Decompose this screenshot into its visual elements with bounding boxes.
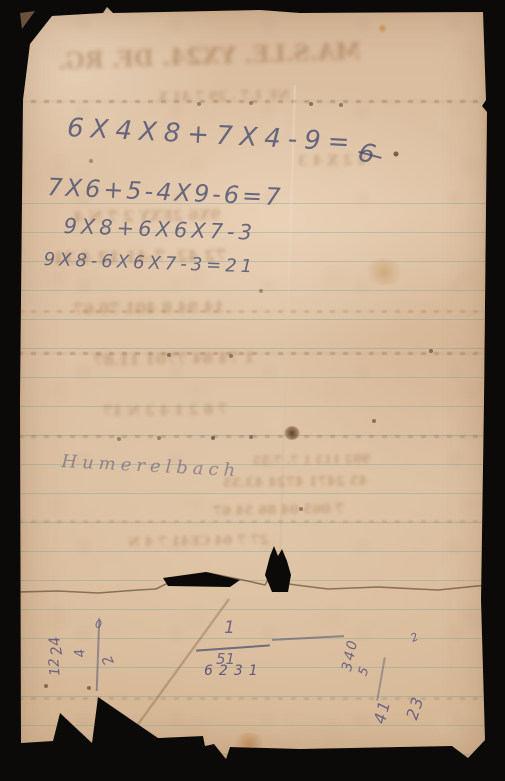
vertical-crease	[278, 85, 296, 593]
fraction-numerator: 1	[224, 618, 235, 638]
pencil-dash	[272, 635, 344, 641]
bleedthrough-row: NE 1.7 . 29 7 41 X	[158, 88, 290, 105]
bleedthrough-row: 992 113 1 7. 7.55	[253, 452, 370, 468]
rotated-mark: 41	[370, 697, 395, 725]
upside-down-digits: 6231	[204, 663, 264, 679]
fold-crease	[18, 520, 488, 523]
equation-1-body: 6X4X8+7X4-9=	[66, 113, 357, 158]
bleedthrough-row: 45 2471 4724 43.55	[223, 474, 368, 492]
bleedthrough-row: 7 065 04 86 54 67	[213, 502, 344, 519]
fold-crease	[18, 435, 488, 438]
equation-1-crossed-result: 6	[354, 137, 385, 172]
rotated-mark: 4	[72, 647, 89, 659]
photo-background: MA.S.LE. YX24. DF. RG.NE 1.7 . 29 7 41 X…	[0, 0, 505, 781]
fold-crease	[18, 310, 488, 313]
fold-crease	[18, 352, 488, 355]
bleedthrough-row: MA.S.LE. YX24. DF. RG.	[58, 38, 362, 76]
rotated-mark: 5	[356, 665, 373, 678]
rotated-mark: 2	[99, 653, 117, 668]
rust-stain	[232, 733, 266, 755]
equation-line-2: 7X6+5-4X9-6=7	[47, 173, 284, 211]
rotated-mark: 24	[45, 635, 66, 657]
bleedthrough-row: 7 8 2 1 4 2 N 17	[103, 402, 228, 420]
equation-line-1: 6X4X8+7X4-9=6	[66, 113, 382, 159]
handwritten-name: Humerelbach	[61, 451, 241, 481]
dark-stain	[284, 426, 300, 440]
bleedthrough-row: 1 74 84 7701 11.87	[93, 349, 255, 370]
rotated-mark: 23	[402, 693, 428, 722]
paper-sheet: MA.S.LE. YX24. DF. RG.NE 1.7 . 29 7 41 X…	[18, 7, 488, 760]
pencil-divider-line	[376, 657, 385, 701]
fold-crease	[18, 100, 488, 103]
tear-line	[18, 542, 488, 612]
bleedthrough-row: 14 94 8 401 70.67	[73, 298, 225, 319]
equation-line-3: 9X8+6X6X7-3	[63, 214, 256, 245]
speckle-dots	[18, 7, 20, 9]
bleedthrough-row: 27 7 64 CE41 7 4 N	[128, 533, 269, 550]
rotated-mark: 12	[46, 657, 63, 676]
folded-corner-flap	[18, 9, 38, 31]
equation-line-4: 9X8-6X6X7-3=21	[43, 249, 256, 277]
rotated-mark: 2	[409, 630, 421, 645]
small-orange-stain	[378, 24, 387, 33]
tan-stain	[364, 259, 404, 285]
